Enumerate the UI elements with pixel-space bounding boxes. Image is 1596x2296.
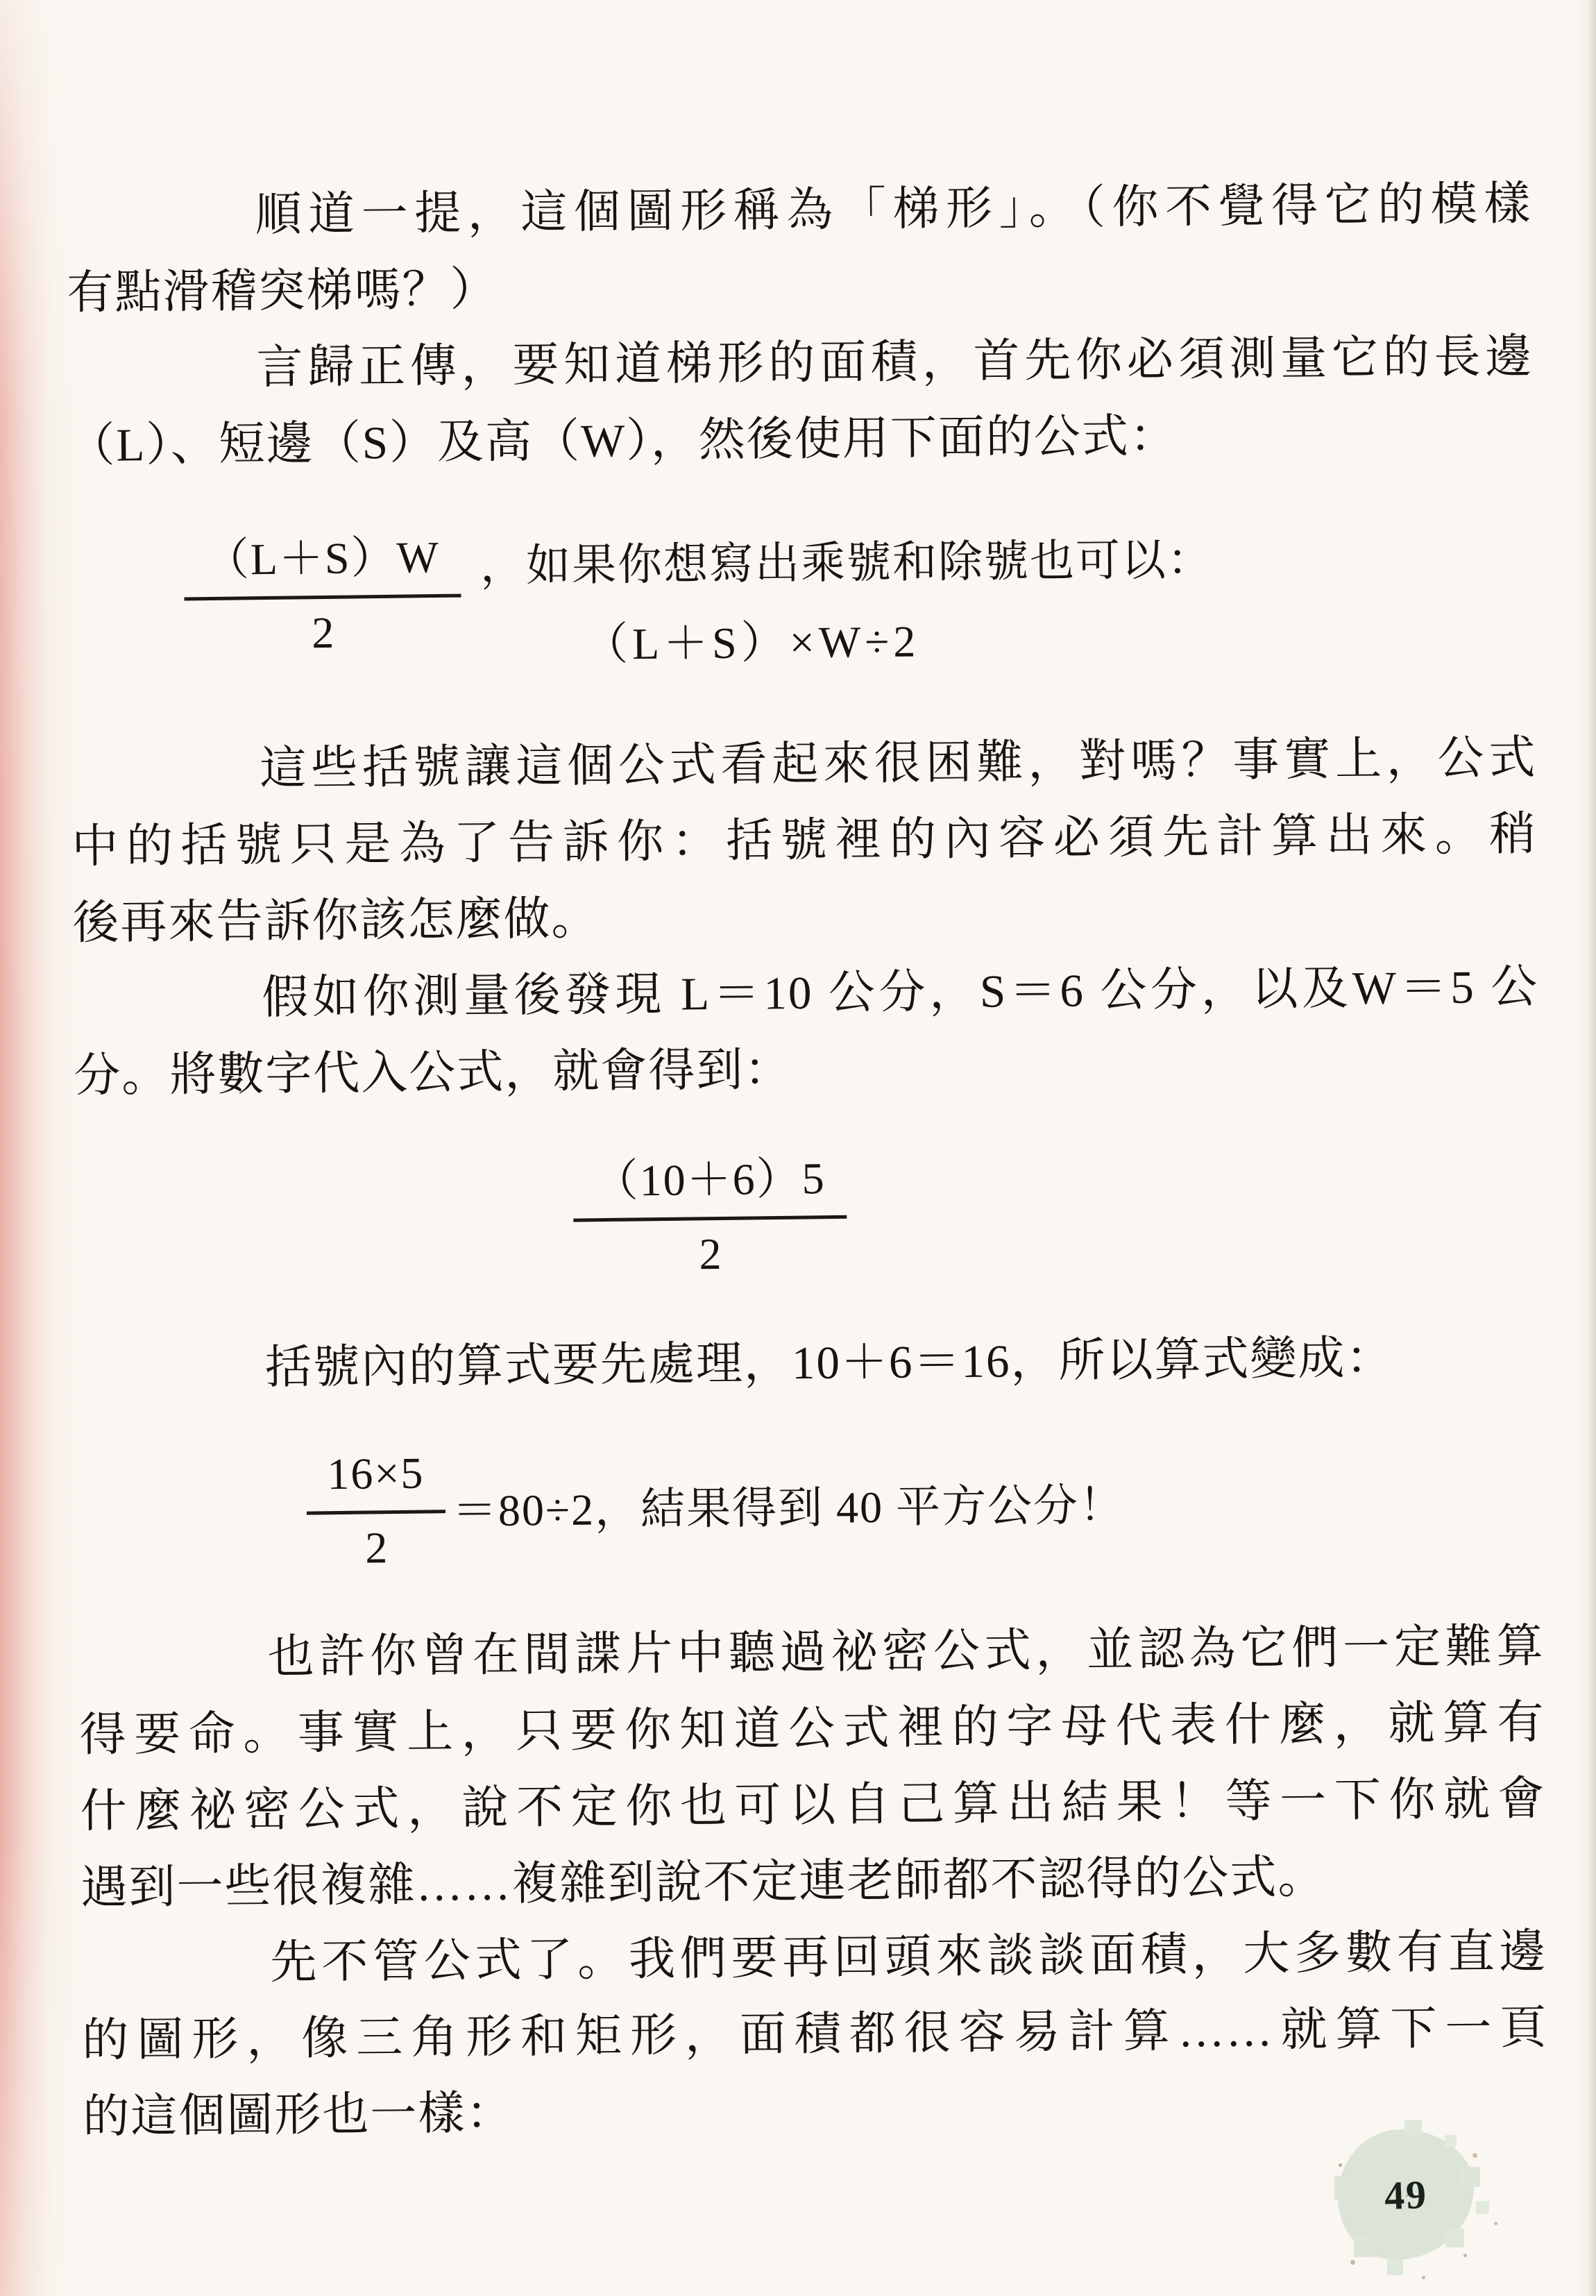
page-edge-shadow-right (1575, 0, 1596, 2296)
formula-result: 16×5 2 ＝80÷2，結果得到 40 平方公分！ (306, 1434, 1544, 1576)
text-line: 順道一提，這個圖形稱為「梯形」。（你不覺得它的模樣 (66, 166, 1532, 255)
text-line: 分。將數字代入公式，就會得到： (74, 1025, 1540, 1114)
formula-note: ，如果你想寫出乘號和除號也可以： (480, 528, 1214, 598)
fraction-numerator: （L＋S）W (183, 527, 461, 601)
text-line: 遇到一些很複雜……複雜到說不定連老師都不認得的公式。 (80, 1837, 1547, 1926)
text-line: 有點滑稽突梯嗎？） (67, 242, 1533, 331)
paragraph: 假如你測量後發現 L＝10 公分，S＝6 公分，以及W＝5 公 分。將數字代入公… (73, 949, 1540, 1114)
formula-alternate-form: （L＋S）×W÷2 (481, 607, 1214, 677)
fraction: （10＋6）5 2 (572, 1149, 847, 1282)
text-line: 先不管公式了。我們要再回頭來談談面積，大多數有直邊 (81, 1914, 1547, 2002)
scanned-book-page: 順道一提，這個圖形稱為「梯形」。（你不覺得它的模樣 有點滑稽突梯嗎？） 言歸正傳… (0, 0, 1596, 2296)
paragraph: 先不管公式了。我們要再回頭來談談面積，大多數有直邊 的圖形，像三角形和矩形，面積… (81, 1914, 1549, 2155)
fraction-numerator: 16×5 (306, 1443, 445, 1514)
text-line: 的圖形，像三角形和矩形，面積都很容易計算……就算下一頁 (82, 1990, 1548, 2079)
text-line: 也許你曾在間諜片中聽過祕密公式，並認為它們一定難算 (78, 1608, 1545, 1697)
text-line: 括號內的算式要先處理，10＋6＝16，所以算式變成： (76, 1319, 1543, 1408)
fraction-numerator: （10＋6）5 (572, 1149, 847, 1222)
fraction: （L＋S）W 2 (183, 527, 461, 661)
formula-trapezoid-area: （L＋S）W 2 ，如果你想寫出乘號和除號也可以： （L＋S）×W÷2 (183, 518, 1536, 680)
formula-side-text: ，如果你想寫出乘號和除號也可以： （L＋S）×W÷2 (480, 521, 1214, 677)
text-line: 言歸正傳，要知道梯形的面積，首先你必須測量它的長邊 (67, 319, 1534, 407)
text-line: 得要命。事實上，只要你知道公式裡的字母代表什麼，就算有 (79, 1685, 1545, 1773)
paragraph: 也許你曾在間諜片中聽過祕密公式，並認為它們一定難算 得要命。事實上，只要你知道公… (78, 1608, 1547, 1926)
fraction: 16×5 2 (306, 1444, 446, 1576)
page-number: 49 (1384, 2170, 1428, 2218)
text-line: 中的括號只是為了告訴你：括號裡的內容必須先計算出來。稍 (71, 796, 1538, 885)
fraction-denominator: 2 (699, 1220, 722, 1281)
paragraph: 言歸正傳，要知道梯形的面積，首先你必須測量它的長邊 （L）、短邊（S）及高（W）… (67, 319, 1534, 484)
paragraph: 這些括號讓這個公式看起來很困難，對嗎？事實上，公式 中的括號只是為了告訴你：括號… (71, 720, 1538, 961)
page-number-splat: 49 (1338, 2129, 1474, 2260)
text-line: 的這個圖形也一樣： (83, 2066, 1549, 2155)
formula-substituted-values: （10＋6）5 2 (572, 1149, 847, 1282)
text-line: （L）、短邊（S）及高（W），然後使用下面的公式： (68, 395, 1534, 484)
paragraph: 順道一提，這個圖形稱為「梯形」。（你不覺得它的模樣 有點滑稽突梯嗎？） (66, 166, 1533, 331)
fraction-denominator: 2 (312, 599, 334, 660)
text-line: 這些括號讓這個公式看起來很困難，對嗎？事實上，公式 (71, 720, 1537, 809)
page-text-block: 順道一提，這個圖形稱為「梯形」。（你不覺得它的模樣 有點滑稽突梯嗎？） 言歸正傳… (66, 166, 1549, 2155)
text-line: 什麼祕密公式，說不定你也可以自己算出結果！等一下你就會 (80, 1761, 1546, 1850)
paragraph: 括號內的算式要先處理，10＋6＝16，所以算式變成： (76, 1319, 1543, 1408)
text-line: 假如你測量後發現 L＝10 公分，S＝6 公分，以及W＝5 公 (73, 949, 1539, 1038)
text-line: 後再來告訴你該怎麼做。 (72, 872, 1538, 961)
formula-result-text: ＝80÷2，結果得到 40 平方公分！ (452, 1469, 1125, 1542)
fraction-denominator: 2 (365, 1514, 388, 1575)
